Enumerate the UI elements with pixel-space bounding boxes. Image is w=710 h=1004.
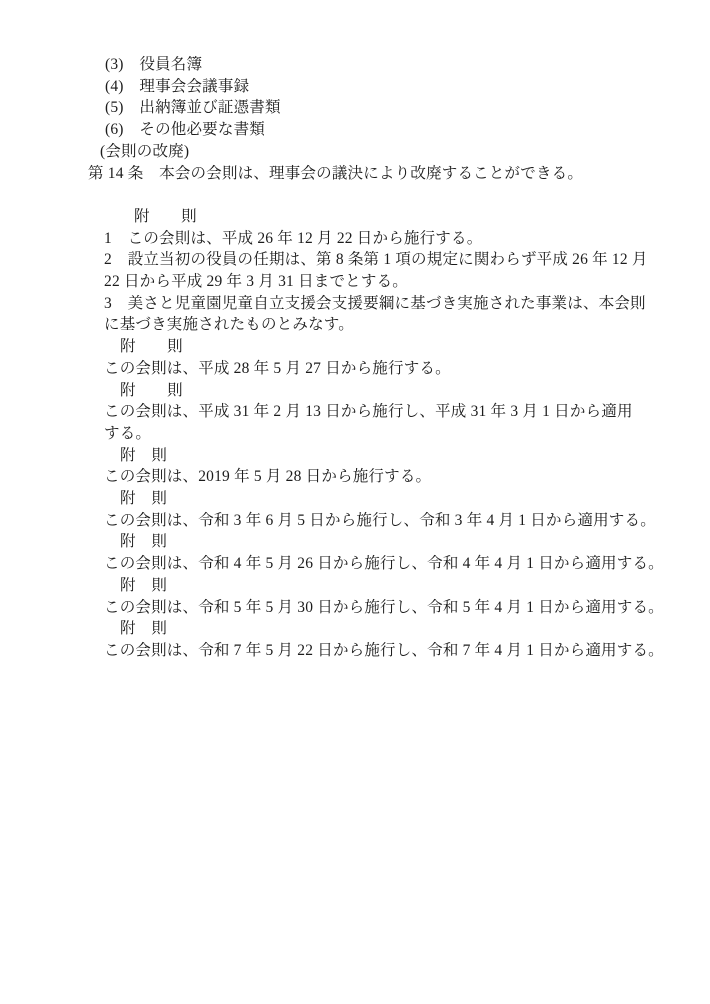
supplementary-heading-1: 附 則 bbox=[88, 206, 686, 228]
supplementary-provision-r4: この会則は、令和 4 年 5 月 26 日から施行し、令和 4 年 4 月 1 … bbox=[88, 553, 686, 575]
supplementary-heading-3: 附 則 bbox=[88, 380, 686, 402]
supplementary-provision-h31: この会則は、平成 31 年 2 月 13 日から施行し、平成 31 年 3 月 … bbox=[88, 401, 686, 423]
supplementary-heading-4: 附 則 bbox=[88, 445, 686, 467]
list-item-4: (4) 理事会会議事録 bbox=[88, 76, 686, 98]
supplementary-provision-2019: この会則は、2019 年 5 月 28 日から施行する。 bbox=[88, 466, 686, 488]
supplementary-heading-8: 附 則 bbox=[88, 618, 686, 640]
list-item-5: (5) 出納簿並び証憑書類 bbox=[88, 97, 686, 119]
list-item-3: (3) 役員名簿 bbox=[88, 54, 686, 76]
supplementary-heading-5: 附 則 bbox=[88, 488, 686, 510]
supplementary-item-2-cont: 22 日から平成 29 年 3 月 31 日までとする。 bbox=[88, 271, 686, 293]
list-item-6: (6) その他必要な書類 bbox=[88, 119, 686, 141]
supplementary-heading-6: 附 則 bbox=[88, 531, 686, 553]
supplementary-provision-h31-cont: する。 bbox=[88, 423, 686, 445]
section-caption-amendment: (会則の改廃) bbox=[88, 141, 686, 163]
supplementary-provision-r5: この会則は、令和 5 年 5 月 30 日から施行し、令和 5 年 4 月 1 … bbox=[88, 597, 686, 619]
article-14: 第 14 条 本会の会則は、理事会の議決により改廃することができる。 bbox=[88, 163, 686, 185]
blank-line bbox=[88, 184, 686, 206]
document-text-block: (3) 役員名簿(4) 理事会会議事録(5) 出納簿並び証憑書類(6) その他必… bbox=[88, 54, 686, 662]
supplementary-heading-2: 附 則 bbox=[88, 336, 686, 358]
supplementary-item-3-cont: に基づき実施されたものとみなす。 bbox=[88, 314, 686, 336]
document-page: (3) 役員名簿(4) 理事会会議事録(5) 出納簿並び証憑書類(6) その他必… bbox=[0, 0, 710, 1004]
supplementary-provision-r7: この会則は、令和 7 年 5 月 22 日から施行し、令和 7 年 4 月 1 … bbox=[88, 640, 686, 662]
supplementary-heading-7: 附 則 bbox=[88, 575, 686, 597]
supplementary-provision-r3: この会則は、令和 3 年 6 月 5 日から施行し、令和 3 年 4 月 1 日… bbox=[88, 510, 686, 532]
supplementary-item-2: 2 設立当初の役員の任期は、第 8 条第 1 項の規定に関わらず平成 26 年 … bbox=[88, 249, 686, 271]
supplementary-item-1: 1 この会則は、平成 26 年 12 月 22 日から施行する。 bbox=[88, 228, 686, 250]
supplementary-item-3: 3 美さと児童園児童自立支援会支援要綱に基づき実施された事業は、本会則 bbox=[88, 293, 686, 315]
supplementary-provision-h28: この会則は、平成 28 年 5 月 27 日から施行する。 bbox=[88, 358, 686, 380]
